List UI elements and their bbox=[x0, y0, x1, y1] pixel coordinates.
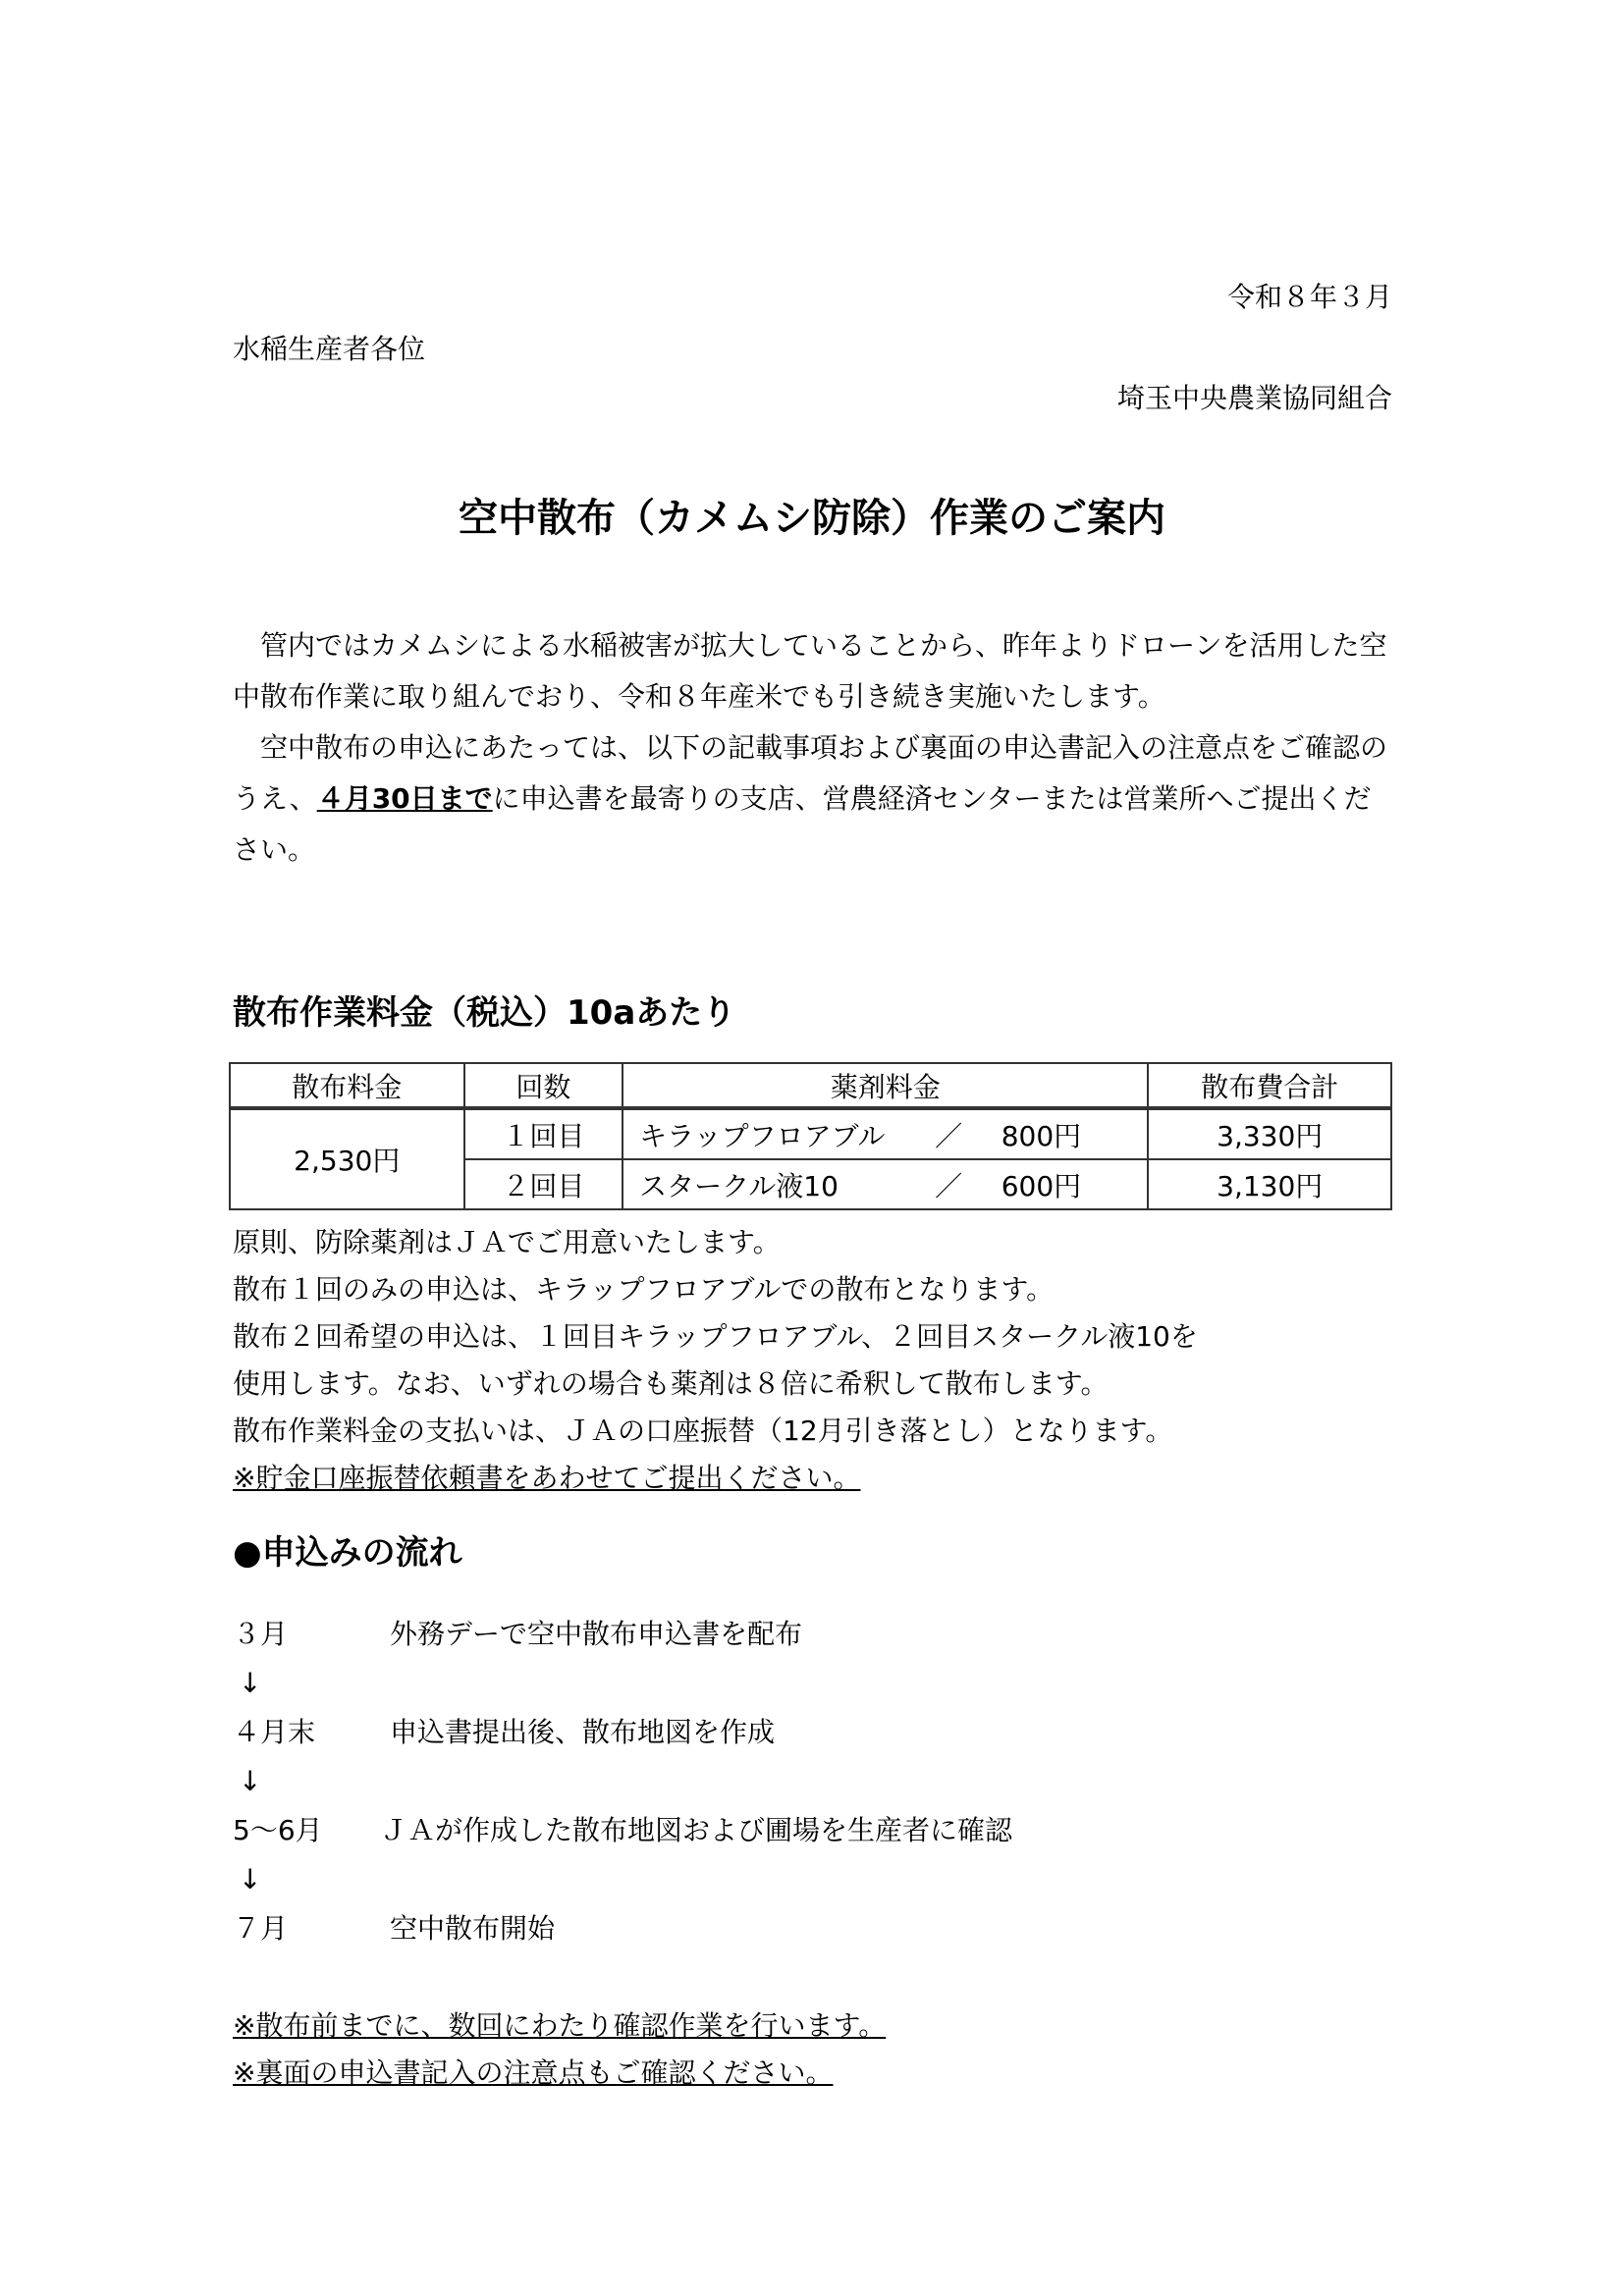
flow-step-when: 5～6月 bbox=[233, 1806, 380, 1855]
drug-cell: キラップフロアブル／800円 bbox=[623, 1108, 1148, 1159]
document-date: 令和８年３月 bbox=[1227, 282, 1392, 313]
addressee: 水稲生産者各位 bbox=[233, 334, 425, 365]
flow-step-what: 外務デーで空中散布申込書を配布 bbox=[390, 1610, 802, 1659]
header-count: 回数 bbox=[464, 1063, 623, 1108]
note-line: 散布２回希望の申込は、１回目キラップフロアブル、２回目スタークル液10を bbox=[233, 1313, 1198, 1361]
note-line: 使用します。なお、いずれの場合も薬剤は８倍に希釈して散布します。 bbox=[233, 1361, 1198, 1408]
header-drug-fee: 薬剤料金 bbox=[623, 1063, 1148, 1108]
fee-section-heading: 散布作業料金（税込）10aあたり bbox=[233, 993, 735, 1033]
application-flow: ３月外務デーで空中散布申込書を配布 ↓ ４月末申込書提出後、散布地図を作成 ↓ … bbox=[233, 1610, 1012, 1953]
header-base-fee: 散布料金 bbox=[230, 1063, 464, 1108]
flow-step-when: ３月 bbox=[233, 1610, 390, 1659]
drug-price: 600円 bbox=[973, 1165, 1081, 1204]
page-title: 空中散布（カメムシ防除）作業のご案内 bbox=[0, 496, 1624, 541]
intro-paragraph-2: 空中散布の申込にあたっては、以下の記載事項および裏面の申込書記入の注意点をご確認… bbox=[233, 722, 1391, 876]
drug-price: 800円 bbox=[973, 1115, 1081, 1154]
fee-table: 散布料金 回数 薬剤料金 散布費合計 2,530円 １回目 キラップフロアブル／… bbox=[229, 1062, 1392, 1210]
down-arrow-icon: ↓ bbox=[233, 1855, 1012, 1904]
flow-step-when: ７月 bbox=[233, 1904, 390, 1953]
footnote: ※散布前までに、数回にわたり確認作業を行います。 bbox=[233, 2002, 886, 2050]
issuing-organization: 埼玉中央農業協同組合 bbox=[1117, 383, 1392, 414]
flow-step-what: 申込書提出後、散布地図を作成 bbox=[390, 1708, 775, 1757]
flow-step-what: 空中散布開始 bbox=[390, 1904, 555, 1953]
flow-step: ７月空中散布開始 bbox=[233, 1904, 1012, 1953]
drug-name: キラップフロアブル bbox=[639, 1115, 924, 1154]
note-line: 散布作業料金の支払いは、ＪＡの口座振替（12月引き落とし）となります。 bbox=[233, 1408, 1198, 1455]
fee-table-header: 散布料金 回数 薬剤料金 散布費合計 bbox=[230, 1063, 1391, 1108]
transfer-form-note: ※貯金口座振替依頼書をあわせてご提出ください。 bbox=[233, 1455, 1198, 1502]
flow-step-when: ４月末 bbox=[233, 1708, 390, 1757]
separator: ／ bbox=[924, 1115, 973, 1154]
fee-notes: 原則、防除薬剤はＪＡでご用意いたします。 散布１回のみの申込は、キラップフロアブ… bbox=[233, 1219, 1198, 1502]
note-line: 原則、防除薬剤はＪＡでご用意いたします。 bbox=[233, 1219, 1198, 1266]
down-arrow-icon: ↓ bbox=[233, 1659, 1012, 1708]
drug-name: スタークル液10 bbox=[639, 1165, 924, 1204]
footnote: ※裏面の申込書記入の注意点もご確認ください。 bbox=[233, 2050, 886, 2097]
flow-step: ４月末申込書提出後、散布地図を作成 bbox=[233, 1708, 1012, 1757]
flow-section-heading: ●申込みの流れ bbox=[233, 1533, 462, 1573]
flow-step-what: ＪＡが作成した散布地図および圃場を生産者に確認 bbox=[380, 1806, 1012, 1855]
intro-paragraph-1: 管内ではカメムシによる水稲被害が拡大していることから、昨年よりドローンを活用した… bbox=[233, 620, 1391, 722]
separator: ／ bbox=[924, 1165, 973, 1204]
total-cell: 3,330円 bbox=[1148, 1108, 1391, 1159]
flow-step: 5～6月ＪＡが作成した散布地図および圃場を生産者に確認 bbox=[233, 1806, 1012, 1855]
total-cell: 3,130円 bbox=[1148, 1159, 1391, 1209]
drug-cell: スタークル液10／600円 bbox=[623, 1159, 1148, 1209]
footnotes: ※散布前までに、数回にわたり確認作業を行います。 ※裏面の申込書記入の注意点もご… bbox=[233, 2002, 886, 2097]
intro-text: 管内ではカメムシによる水稲被害が拡大していることから、昨年よりドローンを活用した… bbox=[233, 620, 1391, 876]
count-cell: ２回目 bbox=[464, 1159, 623, 1209]
down-arrow-icon: ↓ bbox=[233, 1757, 1012, 1806]
base-fee-cell: 2,530円 bbox=[230, 1108, 464, 1209]
table-row: 2,530円 １回目 キラップフロアブル／800円 3,330円 bbox=[230, 1108, 1391, 1159]
flow-step: ３月外務デーで空中散布申込書を配布 bbox=[233, 1610, 1012, 1659]
count-cell: １回目 bbox=[464, 1108, 623, 1159]
note-line: 散布１回のみの申込は、キラップフロアブルでの散布となります。 bbox=[233, 1266, 1198, 1313]
header-total: 散布費合計 bbox=[1148, 1063, 1391, 1108]
deadline-highlight: ４月30日まで bbox=[317, 782, 493, 815]
